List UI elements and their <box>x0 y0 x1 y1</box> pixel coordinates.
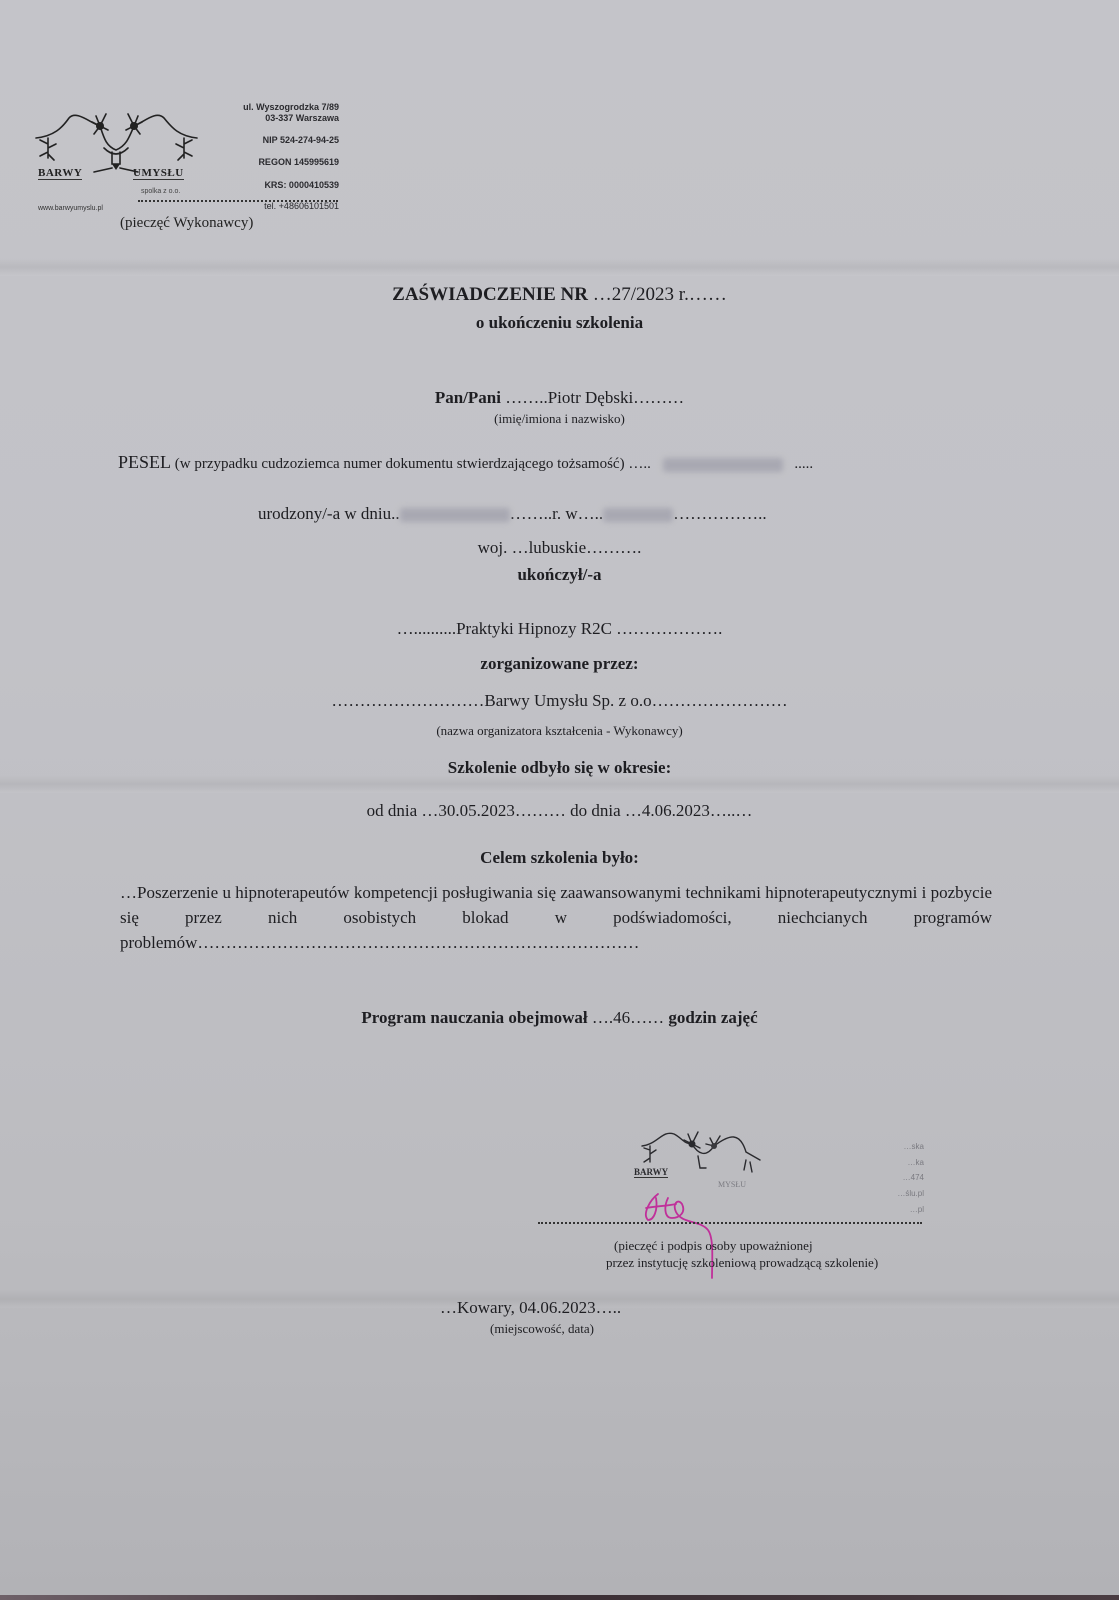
logo-word-left: BARWY <box>38 167 82 180</box>
signature-stamp-right-word: MYSŁU <box>718 1180 746 1189</box>
signature-stamp-text-3: …474 <box>903 1171 924 1184</box>
krs: KRS: 0000410539 <box>264 180 339 191</box>
program-line: Program nauczania obejmował ….46…… godzi… <box>0 1008 1119 1028</box>
nip: NIP 524-274-94-25 <box>263 135 339 146</box>
period-label: Szkolenie odbyło się w okresie: <box>0 758 1119 778</box>
voivodeship: woj. …lubuskie………. <box>0 538 1119 558</box>
signature-stamp-text-2: …ka <box>908 1156 924 1169</box>
birth-label: urodzony/-a w dniu.. <box>258 504 400 523</box>
address-line-1: ul. Wyszogrodzka 7/89 <box>243 102 339 113</box>
stamp-caption: (pieczęć Wykonawcy) <box>120 215 253 232</box>
organized-by-label: zorganizowane przez: <box>0 654 1119 674</box>
pesel-note: (w przypadku cudzoziemca numer dokumentu… <box>175 456 651 472</box>
place-date: …Kowary, 04.06.2023….. <box>440 1298 621 1318</box>
signature-stamp-left-word: BARWY <box>634 1167 668 1178</box>
pesel-redacted <box>663 458 783 472</box>
paper-fold <box>0 258 1119 276</box>
signature-dotted-line <box>538 1222 922 1224</box>
paper-edge <box>0 1595 1119 1600</box>
participant-name: ……..Piotr Dębski……… <box>505 388 684 407</box>
organizer-caption: (nazwa organizatora kształcenia - Wykona… <box>0 723 1119 739</box>
birth-trailing: …………….. <box>673 504 767 523</box>
goal-text: …Poszerzenie u hipnoterapeutów kompetenc… <box>120 880 992 955</box>
course-name: …..........Praktyki Hipnozy R2C ………………. <box>0 619 1119 639</box>
birth-line: urodzony/-a w dniu..……..r. w…..…………….. <box>258 504 767 524</box>
website: www.barwyumyslu.pl <box>38 205 103 212</box>
signature-caption-line-1: (pieczęć i podpis osoby upoważnionej <box>614 1237 813 1254</box>
signature-stamp-logo-icon <box>640 1128 790 1188</box>
program-hours: ….46…… <box>592 1008 664 1027</box>
address-line-2: 03-337 Warszawa <box>265 113 339 124</box>
name-caption: (imię/imiona i nazwisko) <box>0 411 1119 427</box>
program-label: Program nauczania obejmował <box>361 1008 587 1027</box>
signature-stamp-text-5: …pl <box>910 1203 924 1216</box>
logo-subtitle: spolka z o.o. <box>141 188 180 195</box>
name-line: Pan/Pani ……..Piotr Dębski……… <box>0 388 1119 408</box>
signature-caption-line-2: przez instytucję szkoleniową prowadzącą … <box>606 1254 878 1271</box>
phone: tel. +48606101501 <box>264 201 339 212</box>
pesel-label: PESEL <box>118 452 171 472</box>
birth-date-redacted <box>400 508 510 522</box>
title-label: ZAŚWIADCZENIE NR <box>392 284 588 305</box>
pesel-line: PESEL (w przypadku cudzoziemca numer dok… <box>118 452 813 473</box>
goal-label: Celem szkolenia było: <box>0 848 1119 868</box>
birth-mid: ……..r. w….. <box>510 504 604 523</box>
pesel-trailing: ..... <box>794 456 813 472</box>
program-unit: godzin zajęć <box>668 1008 757 1027</box>
signature-stamp-text-4: …ślu.pl <box>897 1187 924 1200</box>
certificate-number: …27/2023 r.…… <box>593 284 727 305</box>
signature-stamp-text-1: …ska <box>904 1140 924 1153</box>
training-period: od dnia …30.05.2023……… do dnia …4.06.202… <box>0 801 1119 821</box>
birth-place-redacted <box>603 508 673 522</box>
regon: REGON 145995619 <box>258 157 339 168</box>
certificate-subtitle: o ukończeniu szkolenia <box>0 313 1119 333</box>
place-date-caption: (miejscowość, data) <box>490 1321 594 1337</box>
name-label: Pan/Pani <box>435 388 501 407</box>
organizer-name: ………………………Barwy Umysłu Sp. z o.o…………………… <box>0 691 1119 711</box>
certificate-title: ZAŚWIADCZENIE NR …27/2023 r.…… <box>0 284 1119 306</box>
completed-label: ukończył/-a <box>0 565 1119 585</box>
logo-word-right: UMYSŁU <box>133 167 184 180</box>
